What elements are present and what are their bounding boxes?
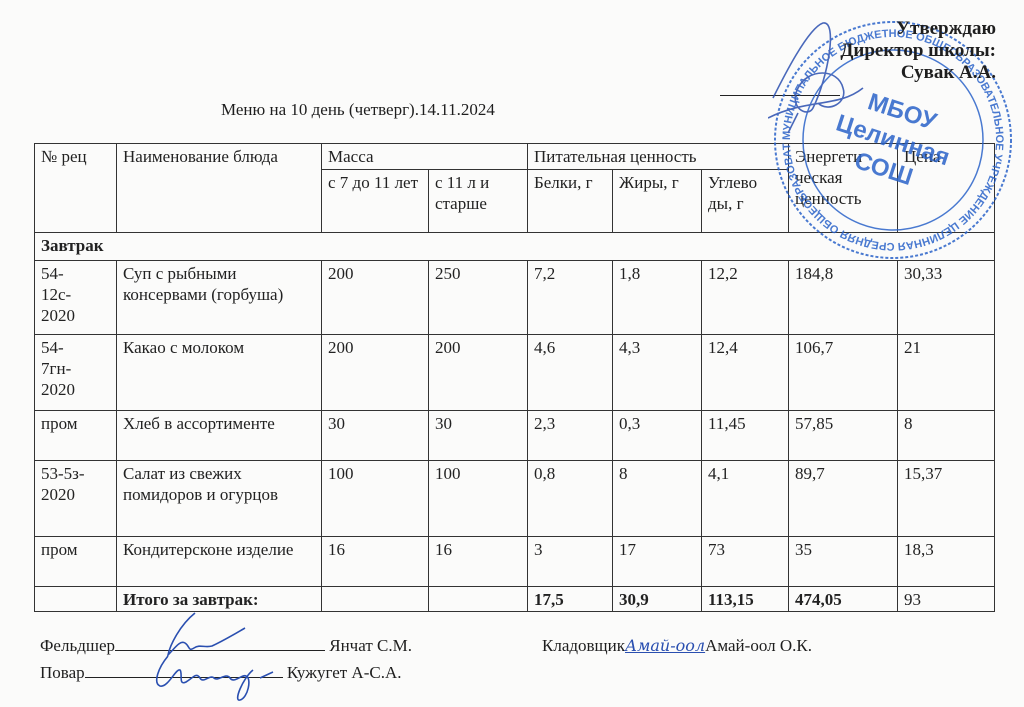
approval-block: Утверждаю Директор школы: Сувак А.А. (840, 18, 996, 84)
dish-cell: Салат из свежих помидоров и огурцов (117, 461, 322, 537)
approval-line-1: Утверждаю (840, 18, 996, 40)
section-breakfast: Завтрак (35, 233, 995, 261)
mass-7-11-cell: 200 (322, 261, 429, 335)
header-recipe: № рец (35, 144, 117, 233)
svg-text:МБОУ: МБОУ (865, 88, 941, 136)
header-carbs: Углево ды, г (702, 170, 789, 233)
proteins-cell: 3 (528, 537, 613, 587)
total-m2 (429, 587, 528, 612)
price-cell: 15,37 (898, 461, 995, 537)
fats-cell: 4,3 (613, 335, 702, 411)
mass-11-plus-cell: 200 (429, 335, 528, 411)
dish-cell: Какао с молоком (117, 335, 322, 411)
table-row: 53-5з- 2020Салат из свежих помидоров и о… (35, 461, 995, 537)
cook-label: Повар (40, 663, 85, 682)
total-price: 93 (898, 587, 995, 612)
fats-cell: 17 (613, 537, 702, 587)
mass-7-11-cell: 30 (322, 411, 429, 461)
dish-cell: Суп с рыбными консервами (горбуша) (117, 261, 322, 335)
proteins-cell: 2,3 (528, 411, 613, 461)
medic-label: Фельдшер (40, 636, 115, 655)
table-row: 54- 12с- 2020Суп с рыбными консервами (г… (35, 261, 995, 335)
mass-11-plus-cell: 16 (429, 537, 528, 587)
energy-cell: 35 (789, 537, 898, 587)
storekeeper-name: Амай-оол О.К. (705, 636, 812, 655)
mass-7-11-cell: 16 (322, 537, 429, 587)
total-carbs: 113,15 (702, 587, 789, 612)
table-row: 54- 7гн- 2020Какао с молоком2002004,64,3… (35, 335, 995, 411)
mass-11-plus-cell: 100 (429, 461, 528, 537)
mass-11-plus-cell: 30 (429, 411, 528, 461)
section-row: Завтрак (35, 233, 995, 261)
header-price: Цена (898, 144, 995, 233)
price-cell: 8 (898, 411, 995, 461)
proteins-cell: 7,2 (528, 261, 613, 335)
header-energy: Энергети ческая ценность (789, 144, 898, 233)
recipe-cell: пром (35, 537, 117, 587)
table-row: промКондитерсконе изделие1616317733518,3 (35, 537, 995, 587)
carbs-cell: 12,4 (702, 335, 789, 411)
carbs-cell: 11,45 (702, 411, 789, 461)
header-nutrition: Питательная ценность (528, 144, 789, 170)
carbs-cell: 12,2 (702, 261, 789, 335)
table-row: промХлеб в ассортименте30302,30,311,4557… (35, 411, 995, 461)
energy-cell: 57,85 (789, 411, 898, 461)
fats-cell: 1,8 (613, 261, 702, 335)
recipe-cell: 53-5з- 2020 (35, 461, 117, 537)
header-mass-7-11: с 7 до 11 лет (322, 170, 429, 233)
cook-signature-line (85, 663, 283, 678)
mass-7-11-cell: 200 (322, 335, 429, 411)
carbs-cell: 4,1 (702, 461, 789, 537)
header-mass: Масса (322, 144, 528, 170)
table-header-row: № рец Наименование блюда Масса Питательн… (35, 144, 995, 170)
cook-name: Кужугет А-С.А. (287, 663, 402, 682)
energy-cell: 106,7 (789, 335, 898, 411)
recipe-cell: 54- 12с- 2020 (35, 261, 117, 335)
price-cell: 18,3 (898, 537, 995, 587)
storekeeper-label: Кладовщик (542, 636, 625, 655)
total-label: Итого за завтрак: (117, 587, 322, 612)
header-mass-11-plus: с 11 л и старше (429, 170, 528, 233)
medic-signature-line (115, 636, 325, 651)
proteins-cell: 0,8 (528, 461, 613, 537)
header-proteins: Белки, г (528, 170, 613, 233)
header-fats: Жиры, г (613, 170, 702, 233)
medic-name: Янчат С.М. (329, 636, 412, 655)
menu-title: Меню на 10 день (четверг).14.11.2024 (221, 100, 495, 120)
dish-cell: Хлеб в ассортименте (117, 411, 322, 461)
energy-cell: 89,7 (789, 461, 898, 537)
approval-line-2: Директор школы: (840, 40, 996, 62)
total-proteins: 17,5 (528, 587, 613, 612)
signature-cook: Повар Кужугет А-С.А. (40, 663, 401, 683)
signature-medic: Фельдшер Янчат С.М. (40, 636, 412, 656)
energy-cell: 184,8 (789, 261, 898, 335)
price-cell: 21 (898, 335, 995, 411)
total-m1 (322, 587, 429, 612)
proteins-cell: 4,6 (528, 335, 613, 411)
header-dish: Наименование блюда (117, 144, 322, 233)
recipe-cell: 54- 7гн- 2020 (35, 335, 117, 411)
menu-table: № рец Наименование блюда Масса Питательн… (34, 143, 995, 612)
total-energy: 474,05 (789, 587, 898, 612)
carbs-cell: 73 (702, 537, 789, 587)
recipe-cell: пром (35, 411, 117, 461)
price-cell: 30,33 (898, 261, 995, 335)
storekeeper-handwriting: Амай-оол (625, 636, 705, 655)
fats-cell: 8 (613, 461, 702, 537)
signature-storekeeper: КладовщикАмай-оолАмай-оол О.К. (542, 636, 812, 656)
total-fats: 30,9 (613, 587, 702, 612)
mass-11-plus-cell: 250 (429, 261, 528, 335)
total-empty (35, 587, 117, 612)
approval-line-3: Сувак А.А. (840, 62, 996, 84)
fats-cell: 0,3 (613, 411, 702, 461)
total-row: Итого за завтрак: 17,5 30,9 113,15 474,0… (35, 587, 995, 612)
mass-7-11-cell: 100 (322, 461, 429, 537)
dish-cell: Кондитерсконе изделие (117, 537, 322, 587)
approval-signature-line (720, 95, 840, 96)
